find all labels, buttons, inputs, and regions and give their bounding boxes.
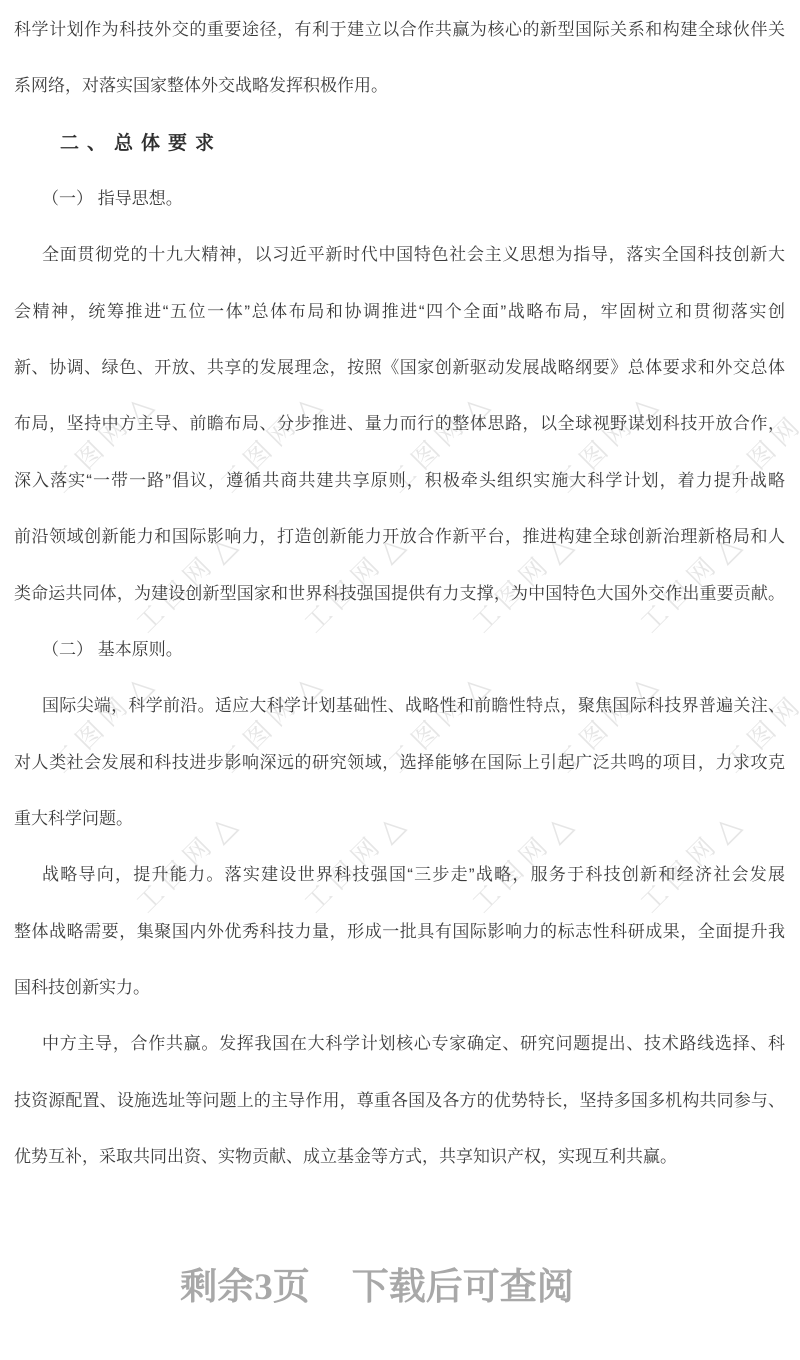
text-line: 前沿领域创新能力和国际影响力，打造创新能力开放合作新平台，推进构建全球创新治理新…	[14, 525, 785, 548]
text-line: 会精神，统筹推进“五位一体”总体布局和协调推进“四个全面”战略布局，牢固树立和贯…	[14, 300, 785, 323]
text-line: 重大科学问题。	[14, 807, 785, 830]
text-line: 布局，坚持中方主导、前瞻布局、分步推进、量力而行的整体思路，以全球视野谋划科技开…	[14, 412, 785, 435]
section-heading: 二、总体要求	[14, 131, 785, 156]
text-line: 系网络，对落实国家整体外交战略发挥积极作用。	[14, 74, 785, 97]
paywall-footer: 剩余3页下载后可查阅	[0, 1256, 800, 1310]
text-line: 整体战略需要，集聚国内外优秀科技力量，形成一批具有国际影响力的标志性科研成果，全…	[14, 920, 785, 943]
text-line: 科学计划作为科技外交的重要途径，有利于建立以合作共赢为核心的新型国际关系和构建全…	[14, 18, 785, 41]
text-line: 技资源配置、设施选址等问题上的主导作用，尊重各国及各方的优势特长，坚持多国多机构…	[14, 1089, 785, 1112]
text-line: 全面贯彻党的十九大精神，以习近平新时代中国特色社会主义思想为指导，落实全国科技创…	[14, 243, 785, 266]
document-content: 科学计划作为科技外交的重要途径，有利于建立以合作共赢为核心的新型国际关系和构建全…	[0, 0, 800, 1360]
text-line: （二） 基本原则。	[14, 638, 785, 661]
text-line: 类命运共同体，为建设创新型国家和世界科技强国提供有力支撑，为中国特色大国外交作出…	[14, 582, 785, 605]
document-page: 工图网△工图网△工图网△工图网△工图网△工图网△工图网△工图网△工图网△工图网△…	[0, 0, 800, 1360]
remaining-pages-text: 剩余3页	[180, 1267, 310, 1308]
text-line: 战略导向，提升能力。落实建设世界科技强国“三步走”战略，服务于科技创新和经济社会…	[14, 863, 785, 886]
download-hint-text: 下载后可查阅	[352, 1267, 574, 1308]
text-line: 对人类社会发展和科技进步影响深远的研究领域，选择能够在国际上引起广泛共鸣的项目，…	[14, 751, 785, 774]
text-line: 新、协调、绿色、开放、共享的发展理念，按照《国家创新驱动发展战略纲要》总体要求和…	[14, 356, 785, 379]
text-line: 深入落实“一带一路”倡议，遵循共商共建共享原则，积极牵头组织实施大科学计划，着力…	[14, 469, 785, 492]
text-line: 优势互补，采取共同出资、实物贡献、成立基金等方式，共享知识产权，实现互利共赢。	[14, 1145, 785, 1168]
text-line: 国际尖端，科学前沿。适应大科学计划基础性、战略性和前瞻性特点，聚焦国际科技界普遍…	[14, 694, 785, 717]
text-line: （一） 指导思想。	[14, 187, 785, 210]
text-line: 中方主导，合作共赢。发挥我国在大科学计划核心专家确定、研究问题提出、技术路线选择…	[14, 1032, 785, 1055]
text-line: 国科技创新实力。	[14, 976, 785, 999]
